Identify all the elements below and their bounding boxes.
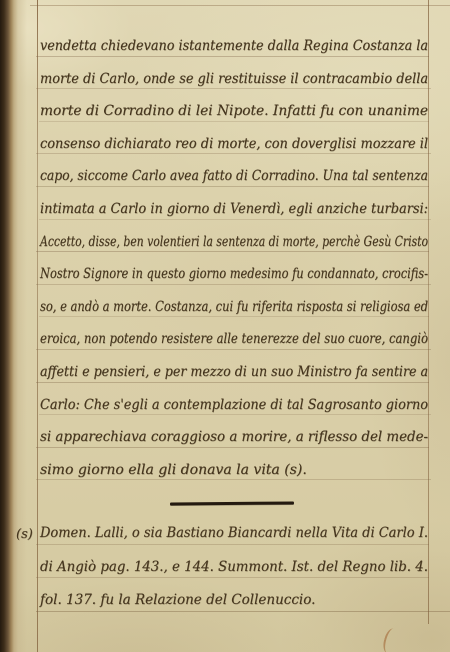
manuscript-line: Carlo: Che s'egli a contemplazione di ta…	[40, 389, 428, 422]
manuscript-line-text: si apparechiava coraggioso a morire, a r…	[40, 421, 428, 454]
manuscript-line: morte di Carlo, onde se gli restituisse …	[40, 63, 428, 96]
manuscript-line-text: affetti e pensieri, e per mezzo di un su…	[40, 356, 428, 389]
manuscript-line-text: Accetto, disse, ben volentieri la senten…	[40, 226, 428, 259]
footnote-separator-rule	[170, 501, 294, 505]
manuscript-line: affetti e pensieri, e per mezzo di un su…	[40, 356, 428, 389]
manuscript-line: so, e andò a morte. Costanza, cui fu rif…	[40, 291, 428, 324]
manuscript-line-text: consenso dichiarato reo di morte, con do…	[40, 128, 428, 161]
manuscript-line: Nostro Signore in questo giorno medesimo…	[40, 258, 428, 291]
manuscript-line-text: Carlo: Che s'egli a contemplazione di ta…	[40, 389, 428, 422]
manuscript-line: consenso dichiarato reo di morte, con do…	[40, 128, 428, 161]
manuscript-line: Accetto, disse, ben volentieri la senten…	[40, 226, 428, 259]
footnote-line-text: Domen. Lalli, o sia Bastiano Biancardi n…	[40, 517, 428, 551]
manuscript-line: si apparechiava coraggioso a morire, a r…	[40, 421, 428, 454]
manuscript-line: morte di Corradino di lei Nipote. Infatt…	[40, 95, 428, 128]
manuscript-line-text: capo, siccome Carlo avea fatto di Corrad…	[40, 160, 428, 193]
manuscript-line-text: Nostro Signore in questo giorno medesimo…	[40, 258, 428, 291]
footnote-line: Domen. Lalli, o sia Bastiano Biancardi n…	[40, 517, 428, 551]
manuscript-page: vendetta chiedevano istantemente dalla R…	[0, 0, 450, 652]
ink-stain	[381, 627, 400, 652]
manuscript-line-text: simo giorno ella gli donava la vita (s).	[40, 454, 307, 487]
left-margin-rule	[37, 0, 38, 652]
manuscript-line: capo, siccome Carlo avea fatto di Corrad…	[40, 160, 428, 193]
footnote-marker: (s)	[16, 518, 33, 552]
footnote-line: fol. 137. fu la Relazione del Collenucci…	[40, 584, 428, 618]
manuscript-line-text: so, e andò a morte. Costanza, cui fu rif…	[40, 291, 428, 324]
manuscript-line: eroica, non potendo resistere alle tener…	[40, 323, 428, 356]
footnote-line: di Angiò pag. 143., e 144. Summont. Ist.…	[40, 551, 428, 585]
footnote-line-text: di Angiò pag. 143., e 144. Summont. Ist.…	[40, 551, 428, 585]
manuscript-line-text: intimata a Carlo in giorno di Venerdì, e…	[40, 193, 428, 226]
manuscript-line: vendetta chiedevano istantemente dalla R…	[40, 30, 428, 63]
manuscript-line-text: morte di Corradino di lei Nipote. Infatt…	[40, 95, 428, 128]
main-text-block: vendetta chiedevano istantemente dalla R…	[40, 30, 428, 486]
manuscript-line: simo giorno ella gli donava la vita (s).	[40, 454, 428, 487]
footnote-line-text: fol. 137. fu la Relazione del Collenucci…	[40, 584, 315, 618]
top-ruling-line	[30, 5, 450, 6]
manuscript-line-text: morte di Carlo, onde se gli restituisse …	[40, 63, 428, 96]
manuscript-line-text: eroica, non potendo resistere alle tener…	[40, 323, 428, 356]
footnote-block: (s) Domen. Lalli, o sia Bastiano Biancar…	[40, 517, 428, 618]
manuscript-line-text: vendetta chiedevano istantemente dalla R…	[40, 30, 428, 63]
manuscript-line: intimata a Carlo in giorno di Venerdì, e…	[40, 193, 428, 226]
